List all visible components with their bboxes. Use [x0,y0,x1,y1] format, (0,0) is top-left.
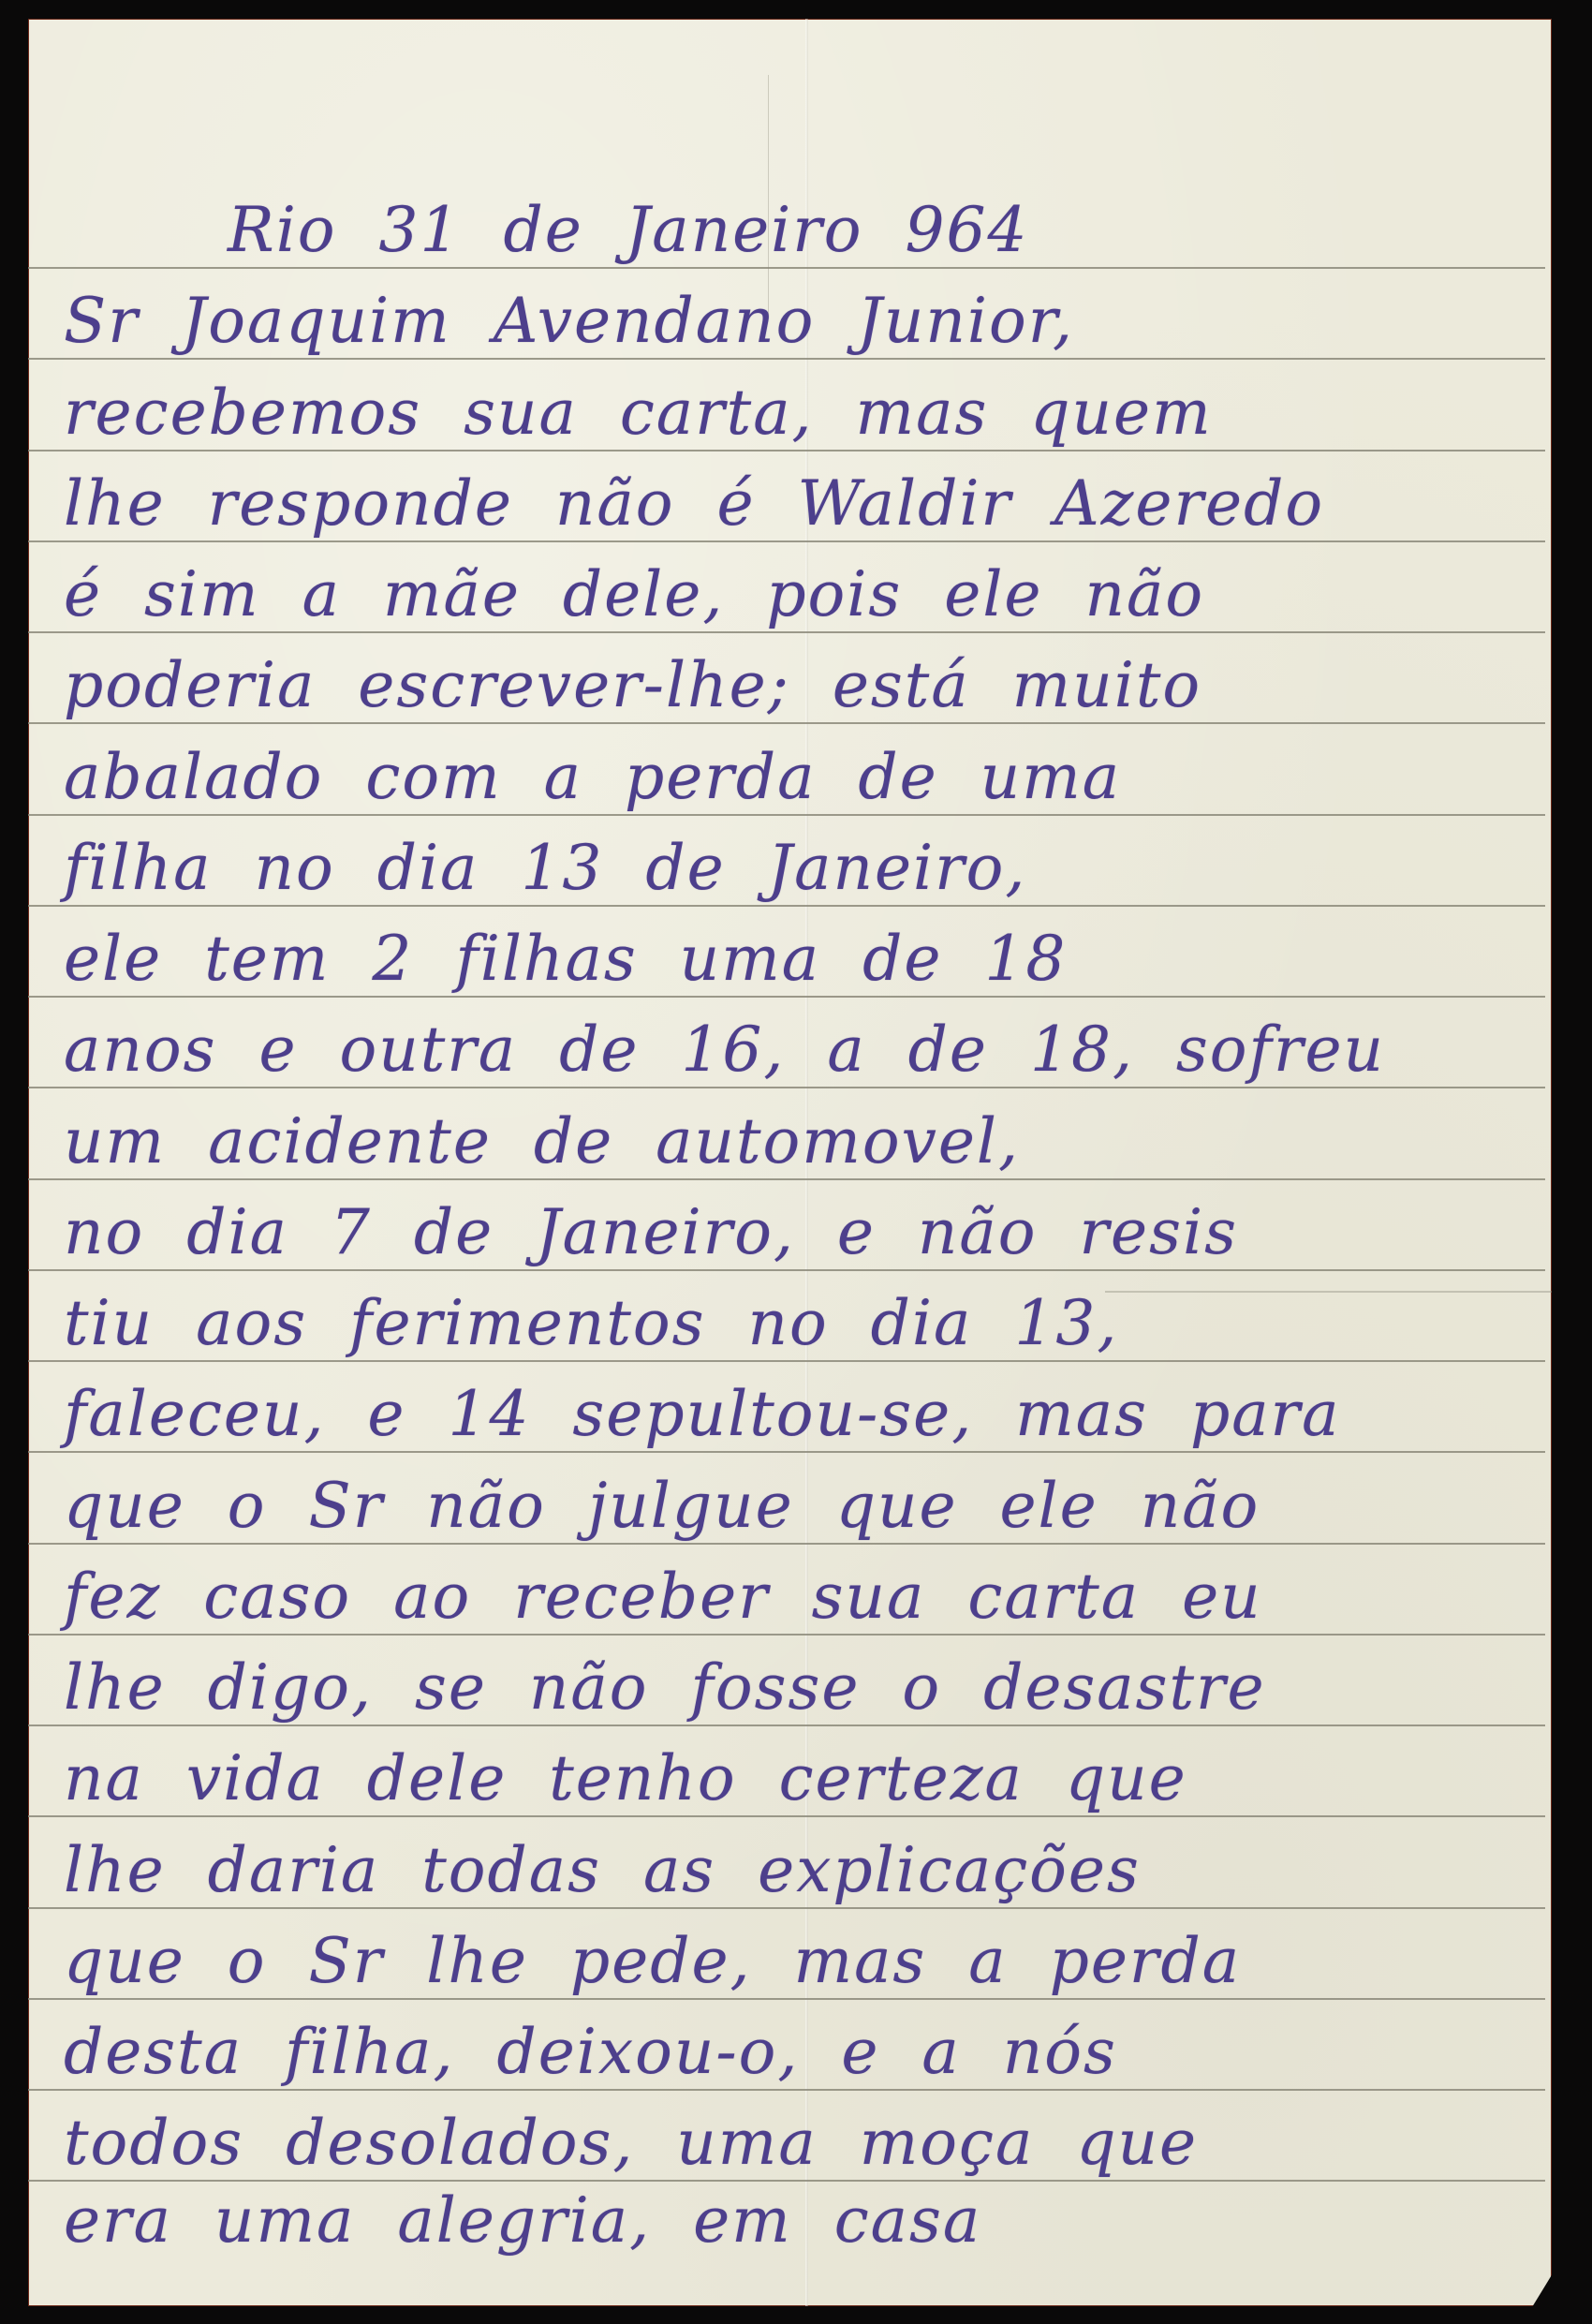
letter-line: lhe responde não é Waldir Azeredo [64,462,1552,546]
letter-line: todos desolados, uma moça que [64,2101,1552,2185]
letter-line: faleceu, e 14 sepultou-se, mas para [64,1372,1552,1457]
letter-line: na vida dele tenho certeza que [64,1737,1552,1821]
letter-line: abalado com a perda de uma [64,735,1552,820]
letter-line: tiu aos ferimentos no dia 13, [64,1281,1552,1366]
letter-line: era uma alegria, em casa [64,2179,1552,2263]
letter-line: lhe digo, se não fosse o desastre [64,1646,1552,1730]
letter-line: ele tem 2 filhas uma de 18 [64,917,1552,1001]
letter-paper: Rio 31 de Janeiro 964 Sr Joaquim Avendan… [28,19,1552,2306]
letter-line: é sim a mãe dele, pois ele não [64,553,1552,637]
letter-line: recebemos sua carta, mas quem [64,371,1552,455]
letter-line: que o Sr não julgue que ele não [64,1464,1552,1548]
letter-line: no dia 7 de Janeiro, e não resis [64,1191,1552,1275]
torn-corner [1532,2273,1552,2306]
letter-line: poderia escrever-lhe; está muito [64,644,1552,728]
salutation-line: Sr Joaquim Avendano Junior, [64,279,1552,363]
letter-line: um acidente de automovel, [64,1100,1552,1184]
letter-date: Rio 31 de Janeiro 964 [228,188,1552,273]
letter-line: que o Sr lhe pede, mas a perda [64,1919,1552,2004]
letter-line: lhe daria todas as explicações [64,1828,1552,1913]
letter-line: filha no dia 13 de Janeiro, [64,826,1552,910]
letter-line: desta filha, deixou-o, e a nós [64,2010,1552,2095]
letter-line: fez caso ao receber sua carta eu [64,1555,1552,1639]
letter-line: anos e outra de 16, a de 18, sofreu [64,1008,1552,1092]
